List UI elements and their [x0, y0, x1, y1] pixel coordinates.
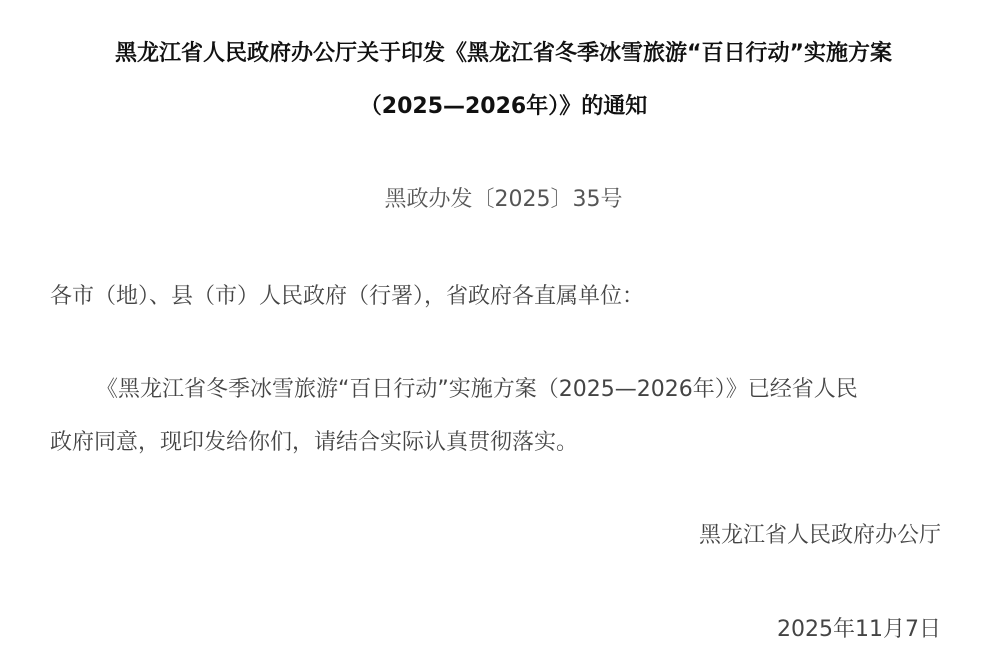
- addressee: 各市（地）、县（市）人民政府（行署），省政府各直属单位：: [50, 279, 644, 310]
- issuer-signature: 黑龙江省人民政府办公厅: [699, 518, 941, 549]
- document-title-line-1: 黑龙江省人民政府办公厅关于印发《黑龙江省冬季冰雪旅游“百日行动”实施方案: [0, 36, 1007, 67]
- document-number: 黑政办发〔2025〕35号: [0, 182, 1007, 213]
- notice-document: 黑龙江省人民政府办公厅关于印发《黑龙江省冬季冰雪旅游“百日行动”实施方案 （20…: [0, 0, 1007, 665]
- document-title-line-2: （2025—2026年）》的通知: [0, 89, 1007, 120]
- issue-date: 2025年11月7日: [777, 612, 941, 643]
- body-paragraph-line-1: 《黑龙江省冬季冰雪旅游“百日行动”实施方案（2025—2026年）》已经省人民: [96, 372, 858, 403]
- body-paragraph-line-2: 政府同意，现印发给你们，请结合实际认真贯彻落实。: [50, 425, 578, 456]
